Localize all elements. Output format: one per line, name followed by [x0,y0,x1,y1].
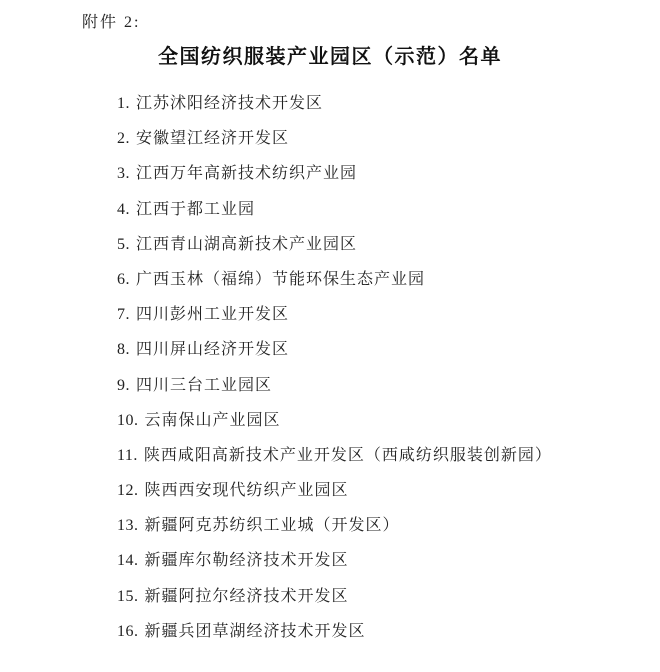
list-item: 12.陕西西安现代纺织产业园区 [117,473,660,508]
item-number: 1. [117,86,130,121]
item-name: 新疆库尔勒经济技术开发区 [145,552,349,569]
list-item: 6.广西玉林（福绵）节能环保生态产业园 [117,262,660,297]
item-name: 新疆阿克苏纺织工业城（开发区） [145,517,400,534]
list-item: 9.四川三台工业园区 [117,368,660,403]
list-item: 10.云南保山产业园区 [117,403,660,438]
list-item: 2.安徽望江经济开发区 [117,121,660,156]
list-item: 11.陕西咸阳高新技术产业开发区（西咸纺织服装创新园） [117,438,660,473]
item-name: 广西玉林（福绵）节能环保生态产业园 [136,271,425,288]
list-item: 15.新疆阿拉尔经济技术开发区 [117,579,660,614]
item-number: 3. [117,156,130,191]
item-name: 安徽望江经济开发区 [136,130,289,147]
item-number: 5. [117,227,130,262]
item-number: 15. [117,579,139,614]
item-name: 云南保山产业园区 [145,412,281,429]
item-name: 江西于都工业园 [136,201,255,218]
item-name: 江西青山湖高新技术产业园区 [136,236,357,253]
document-page: 附件 2: 全国纺织服装产业园区（示范）名单 1.江苏沭阳经济技术开发区 2.安… [0,0,660,672]
item-name: 陕西西安现代纺织产业园区 [145,482,349,499]
item-number: 16. [117,614,139,649]
list-item: 13.新疆阿克苏纺织工业城（开发区） [117,508,660,543]
list-item: 8.四川屏山经济开发区 [117,332,660,367]
item-name: 新疆阿拉尔经济技术开发区 [145,588,349,605]
item-number: 10. [117,403,139,438]
item-number: 7. [117,297,130,332]
list-item: 14.新疆库尔勒经济技术开发区 [117,543,660,578]
item-name: 陕西咸阳高新技术产业开发区（西咸纺织服装创新园） [144,447,552,464]
item-name: 新疆兵团草湖经济技术开发区 [145,623,366,640]
park-list: 1.江苏沭阳经济技术开发区 2.安徽望江经济开发区 3.江西万年高新技术纺织产业… [117,86,660,649]
item-name: 四川屏山经济开发区 [136,341,289,358]
item-number: 11. [117,438,138,473]
item-number: 6. [117,262,130,297]
item-name: 四川彭州工业开发区 [136,306,289,323]
item-number: 13. [117,508,139,543]
item-number: 4. [117,192,130,227]
page-title: 全国纺织服装产业园区（示范）名单 [0,44,660,70]
item-number: 2. [117,121,130,156]
item-name: 江苏沭阳经济技术开发区 [136,95,323,112]
attachment-label: 附件 2: [82,12,660,34]
list-item: 16.新疆兵团草湖经济技术开发区 [117,614,660,649]
item-name: 四川三台工业园区 [136,377,272,394]
item-number: 14. [117,543,139,578]
list-item: 1.江苏沭阳经济技术开发区 [117,86,660,121]
item-number: 9. [117,368,130,403]
list-item: 5.江西青山湖高新技术产业园区 [117,227,660,262]
item-name: 江西万年高新技术纺织产业园 [136,165,357,182]
list-item: 3.江西万年高新技术纺织产业园 [117,156,660,191]
item-number: 12. [117,473,139,508]
item-number: 8. [117,332,130,367]
list-item: 7.四川彭州工业开发区 [117,297,660,332]
list-item: 4.江西于都工业园 [117,192,660,227]
